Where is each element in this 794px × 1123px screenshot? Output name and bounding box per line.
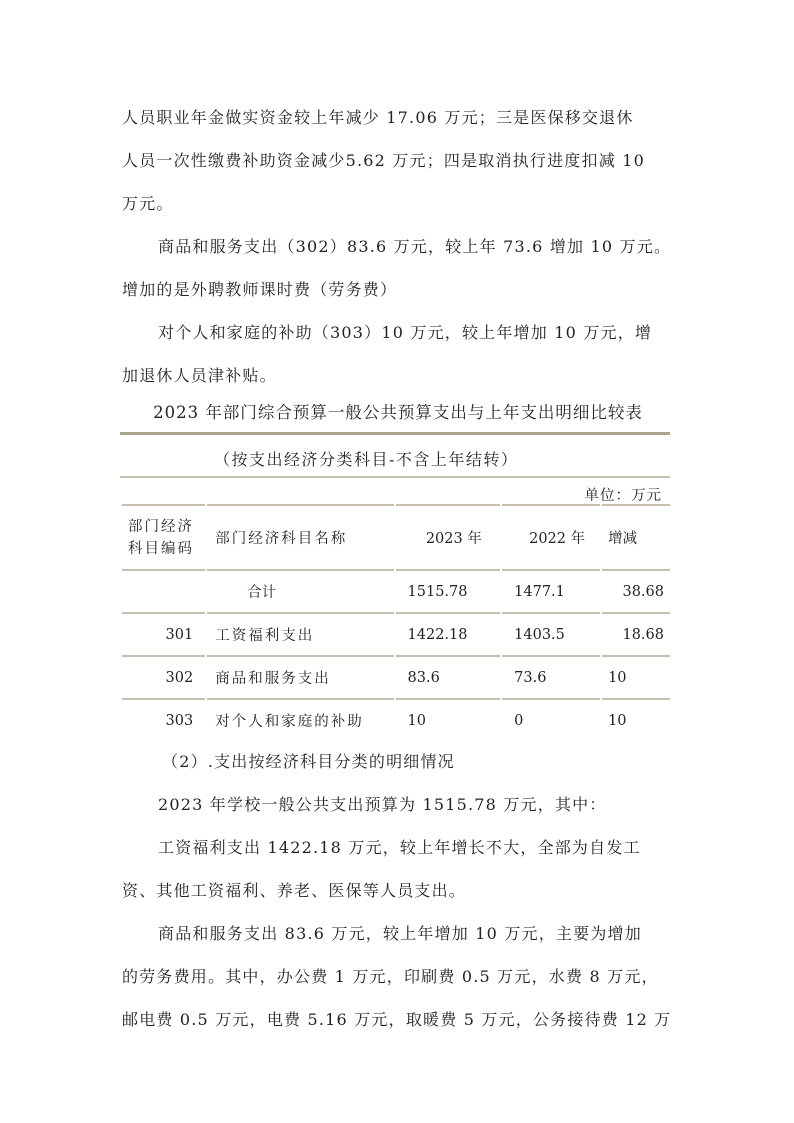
paragraph-line: 的劳务费用。其中，办公费 1 万元，印刷费 0.5 万元，水费 8 万元， <box>122 967 674 987</box>
table-subtitle: （按支出经济分类科目-不含上年结转） <box>214 447 518 470</box>
cell-2023: 83.6 <box>396 655 501 698</box>
cell-2023: 1422.18 <box>396 612 501 655</box>
paragraph-line: 加退休人员津补贴。 <box>122 366 674 386</box>
unit-label: 单位：万元 <box>585 484 663 505</box>
cell-code: 303 <box>122 698 205 741</box>
cell-name: 工资福利支出 <box>207 612 393 655</box>
table-top-rule <box>120 432 670 435</box>
cell-code: 301 <box>122 612 205 655</box>
cell-change: 38.68 <box>602 569 670 612</box>
paragraph-line: 增加的是外聘教师课时费（劳务费） <box>122 280 674 300</box>
cell-name: 对个人和家庭的补助 <box>207 698 393 741</box>
cell-code: 302 <box>122 655 205 698</box>
cell-2022: 0 <box>502 698 600 741</box>
cell-2022: 73.6 <box>502 655 600 698</box>
paragraph-line: 万元。 <box>122 194 674 214</box>
paragraph-line: 工资福利支出 1422.18 万元，较上年增长不大，全部为自发工 <box>158 838 710 858</box>
paragraph-line: 资、其他工资福利、养老、医保等人员支出。 <box>122 881 674 901</box>
cell-2022: 1403.5 <box>502 612 600 655</box>
header-code-line2: 科目编码 <box>128 538 205 560</box>
cell-code <box>122 569 205 612</box>
header-code: 部门经济 科目编码 <box>122 504 205 569</box>
table-header-row: 部门经济 科目编码 部门经济科目名称 2023 年 2022 年 增减 <box>122 504 670 569</box>
paragraph-line: 2023 年学校一般公共支出预算为 1515.78 万元，其中： <box>158 795 710 815</box>
paragraph-line: 对个人和家庭的补助（303）10 万元，较上年增加 10 万元，增 <box>158 323 710 343</box>
paragraph-line: 商品和服务支出（302）83.6 万元，较上年 73.6 增加 10 万元。 <box>158 237 710 257</box>
budget-comparison-table: 部门经济 科目编码 部门经济科目名称 2023 年 2022 年 增减 合计 1… <box>120 504 672 741</box>
section-heading: （2）.支出按经济科目分类的明细情况 <box>162 752 714 772</box>
paragraph-line: 商品和服务支出 83.6 万元，较上年增加 10 万元，主要为增加 <box>158 924 710 944</box>
cell-change: 10 <box>602 698 670 741</box>
header-name: 部门经济科目名称 <box>207 504 393 569</box>
cell-change: 10 <box>602 655 670 698</box>
table-row: 302 商品和服务支出 83.6 73.6 10 <box>122 655 670 698</box>
cell-2023: 1515.78 <box>396 569 501 612</box>
subtitle-rule <box>120 476 670 478</box>
header-change: 增减 <box>602 504 670 569</box>
cell-name: 合计 <box>207 569 393 612</box>
header-code-line1: 部门经济 <box>128 516 205 538</box>
cell-change: 18.68 <box>602 612 670 655</box>
cell-2022: 1477.1 <box>502 569 600 612</box>
paragraph-line: 邮电费 0.5 万元，电费 5.16 万元，取暖费 5 万元，公务接待费 12 … <box>122 1010 674 1030</box>
table-row: 301 工资福利支出 1422.18 1403.5 18.68 <box>122 612 670 655</box>
table-title: 2023 年部门综合预算一般公共预算支出与上年支出明细比较表 <box>122 399 674 423</box>
table-row: 303 对个人和家庭的补助 10 0 10 <box>122 698 670 741</box>
cell-2023: 10 <box>396 698 501 741</box>
table-row: 合计 1515.78 1477.1 38.68 <box>122 569 670 612</box>
cell-name: 商品和服务支出 <box>207 655 393 698</box>
paragraph-line: 人员一次性缴费补助资金减少5.62 万元；四是取消执行进度扣减 10 <box>122 151 674 171</box>
header-2023: 2023 年 <box>396 504 501 569</box>
header-2022: 2022 年 <box>502 504 600 569</box>
paragraph-line: 人员职业年金做实资金较上年减少 17.06 万元；三是医保移交退休 <box>122 108 674 128</box>
